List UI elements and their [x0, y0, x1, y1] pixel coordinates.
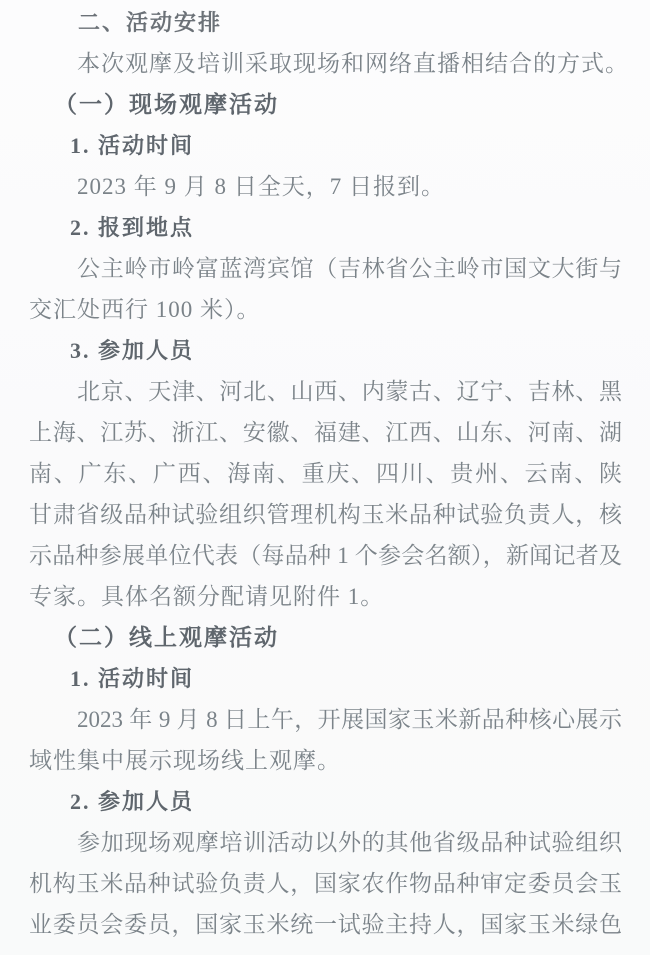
text-line: 上海、江苏、浙江、安徽、福建、江西、山东、河南、湖北、湖 — [29, 412, 622, 453]
heading-line: 3. 参加人员 — [70, 330, 622, 371]
text-line: 南、广东、广西、海南、重庆、四川、贵州、云南、陕西、宁夏、 — [29, 453, 622, 494]
text-line: 域性集中展示现场线上观摩。 — [29, 740, 622, 781]
text-line: 示品种参展单位代表（每品种 1 个参会名额），新闻记者及特邀 — [29, 535, 622, 576]
heading-line: 2. 报到地点 — [70, 207, 622, 248]
heading-line: 1. 活动时间 — [70, 125, 622, 166]
text-line: 参加现场观摩培训活动以外的其他省级品种试验组织管理 — [29, 822, 622, 863]
text-line: 2023 年 9 月 8 日全天，7 日报到。 — [29, 166, 622, 207]
heading-line: 1. 活动时间 — [70, 658, 622, 699]
heading-line: 2. 参加人员 — [70, 781, 622, 822]
text-line: 公主岭市岭富蓝湾宾馆（吉林省公主岭市国文大街与通钢路 — [29, 248, 622, 289]
text-line: 甘肃省级品种试验组织管理机构玉米品种试验负责人，核心展 — [29, 494, 622, 535]
document-content: 二、活动安排本次观摩及培训采取现场和网络直播相结合的方式。（一）现场观摩活动1.… — [0, 0, 650, 945]
text-line: 北京、天津、河北、山西、内蒙古、辽宁、吉林、黑龙江、 — [29, 371, 622, 412]
heading-line: 二、活动安排 — [78, 2, 622, 43]
text-line: 业委员会委员，国家玉米统一试验主持人，国家玉米绿色通道、 — [29, 904, 622, 945]
text-line: 专家。具体名额分配请见附件 1。 — [29, 576, 622, 617]
text-line: 交汇处西行 100 米）。 — [29, 289, 622, 330]
text-line: 机构玉米品种试验负责人，国家农作物品种审定委员会玉米专 — [29, 863, 622, 904]
heading-line: （二）线上观摩活动 — [54, 617, 622, 658]
document-page: 二、活动安排本次观摩及培训采取现场和网络直播相结合的方式。（一）现场观摩活动1.… — [0, 0, 650, 955]
text-line: 2023 年 9 月 8 日上午，开展国家玉米新品种核心展示和区 — [29, 699, 622, 740]
text-line: 本次观摩及培训采取现场和网络直播相结合的方式。 — [29, 43, 622, 84]
heading-line: （一）现场观摩活动 — [54, 84, 622, 125]
